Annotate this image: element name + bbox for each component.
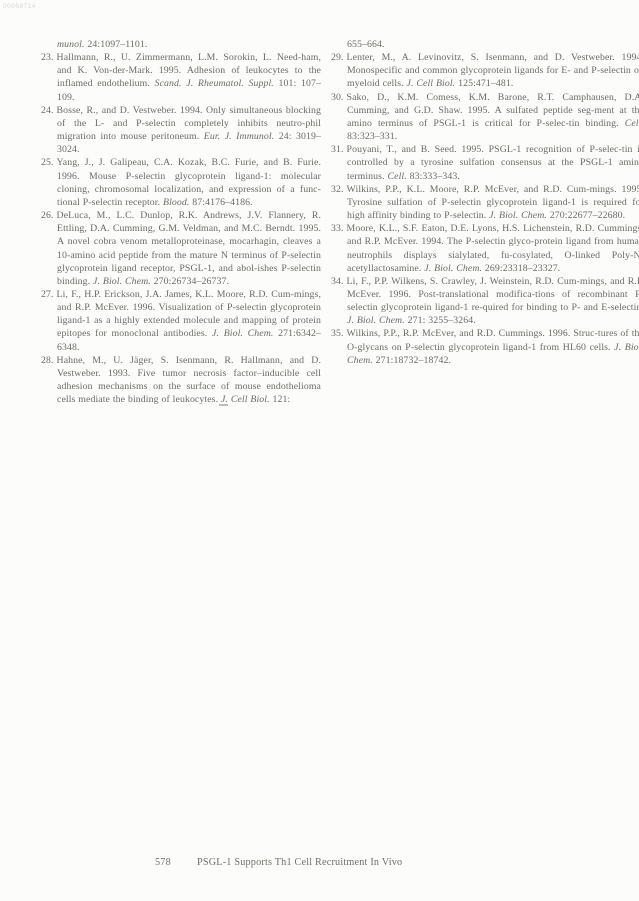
reference-text: 87:4176–4186. xyxy=(189,197,252,208)
journal-name: J. Cell Biol. xyxy=(407,78,456,89)
references-column-left: munol. 24:1097–1101.23.Hallmann, R., U. … xyxy=(41,38,321,406)
journal-name: Cell. xyxy=(625,118,639,129)
reference-item: 33.Moore, K.L., S.F. Eaton, D.E. Lyons, … xyxy=(331,222,639,275)
reference-number: 34. xyxy=(331,276,347,287)
carryover-line: 655–664. xyxy=(331,38,639,51)
reference-item: 25.Yang, J., J. Galipeau, C.A. Kozak, B.… xyxy=(41,156,321,209)
reference-number: 30. xyxy=(331,92,347,103)
reference-number: 24. xyxy=(41,105,57,116)
reference-text: 125:471–481. xyxy=(455,78,513,89)
reference-item: 31.Pouyani, T., and B. Seed. 1995. PSGL-… xyxy=(331,143,639,182)
journal-name: Cell. xyxy=(387,171,406,182)
reference-item: 26.DeLuca, M., L.C. Dunlop, R.K. Andrews… xyxy=(41,209,321,288)
journal-name: J. Biol. Chem. xyxy=(93,276,151,287)
reference-text: 24:1097–1101. xyxy=(85,39,148,50)
page-number: 578 xyxy=(155,857,197,868)
reference-number: 35. xyxy=(331,328,347,339)
reference-text: Li, F., P.P. Wilkens, S. Crawley, J. Wei… xyxy=(347,276,639,313)
journal-name: J. Biol. Chem. xyxy=(212,328,273,339)
reference-text: 269:23318–23327. xyxy=(482,263,560,274)
carryover-line: munol. 24:1097–1101. xyxy=(41,38,321,51)
reference-item: 35.Wilkins, P.P., R.P. McEver, and R.D. … xyxy=(331,327,639,366)
reference-number: 29. xyxy=(331,52,347,63)
reference-number: 28. xyxy=(41,355,57,366)
reference-item: 23.Hallmann, R., U. Zimmermann, L.M. Sor… xyxy=(41,51,321,104)
references-column-right: 655–664.29.Lenter, M., A. Levinovitz, S.… xyxy=(331,38,639,367)
journal-name: J. Biol. Chem. xyxy=(424,263,482,274)
journal-name: Eur. J. Immunol. xyxy=(204,131,274,142)
reference-text: 83:333–343. xyxy=(407,171,460,182)
reference-number: 31. xyxy=(331,144,347,155)
reference-text: 271: 3255–3264. xyxy=(405,315,476,326)
journal-name: Scand. J. Rheumatol. Suppl. xyxy=(155,78,274,89)
journal-name: J. Cell Biol. xyxy=(221,394,270,405)
reference-number: 32. xyxy=(331,184,347,195)
journal-name: J. Biol. Chem. xyxy=(347,315,405,326)
reference-text: Wilkins, P.P., R.P. McEver, and R.D. Cum… xyxy=(347,328,639,352)
reference-text: 271:18732–18742. xyxy=(373,355,451,366)
reference-text: 270:22677–22680. xyxy=(547,210,625,221)
reference-text: 270:26734–26737. xyxy=(151,276,229,287)
reference-text: Sako, D., K.M. Comess, K.M. Barone, R.T.… xyxy=(347,92,639,129)
page-footer: 578 PSGL-1 Supports Th1 Cell Recruitment… xyxy=(155,857,402,868)
journal-page: 00058714 munol. 24:1097–1101.23.Hallmann… xyxy=(0,0,639,901)
reference-item: 30.Sako, D., K.M. Comess, K.M. Barone, R… xyxy=(331,91,639,144)
reference-text: 83:323–331. xyxy=(347,131,397,142)
reference-number: 33. xyxy=(331,223,347,234)
reference-item: 34.Li, F., P.P. Wilkens, S. Crawley, J. … xyxy=(331,275,639,328)
reference-number: 26. xyxy=(41,210,57,221)
reference-item: 28.Hahne, M., U. Jäger, S. Isenmann, R. … xyxy=(41,354,321,407)
journal-name: J. Biol. Chem. xyxy=(489,210,547,221)
running-title: PSGL-1 Supports Th1 Cell Recruitment In … xyxy=(197,857,402,868)
journal-name: munol. xyxy=(57,39,85,50)
reference-item: 24.Bosse, R., and D. Vestweber. 1994. On… xyxy=(41,104,321,157)
scan-corner-id: 00058714 xyxy=(3,3,36,10)
reference-item: 29.Lenter, M., A. Levinovitz, S. Isenman… xyxy=(331,51,639,90)
reference-number: 27. xyxy=(41,289,57,300)
journal-name: Blood. xyxy=(163,197,189,208)
scan-dash-artifact xyxy=(219,404,228,406)
reference-text: 121: xyxy=(270,394,291,405)
reference-item: 32.Wilkins, P.P., K.L. Moore, R.P. McEve… xyxy=(331,183,639,222)
reference-number: 23. xyxy=(41,52,57,63)
reference-number: 25. xyxy=(41,157,57,168)
reference-item: 27.Li, F., H.P. Erickson, J.A. James, K.… xyxy=(41,288,321,354)
reference-text: 655–664. xyxy=(347,39,385,50)
